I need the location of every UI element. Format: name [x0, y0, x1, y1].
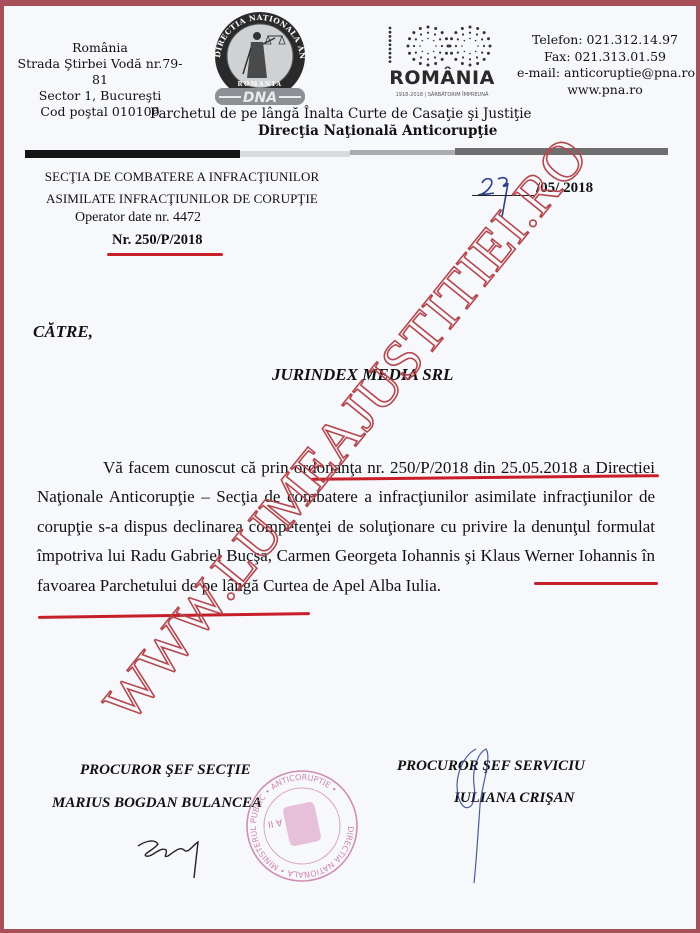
highlighted-order-reference: ordonanţa nr. 250/P/2018 din 25.05.2018	[294, 458, 577, 477]
website-link[interactable]: www.pna.ro	[512, 82, 698, 99]
highlight-underline	[534, 582, 658, 585]
highlight-underline	[107, 253, 223, 256]
section-name: SECŢIA DE COMBATERE A INFRACŢIUNILOR ASI…	[32, 166, 332, 210]
institution-name: Parchetul de pe lângă Înalta Curte de Ca…	[150, 106, 532, 122]
operator-number: Operator date nr. 4472	[75, 210, 201, 226]
svg-text:A II: A II	[267, 816, 283, 828]
body-text: Vă facem cunoscut că prin	[103, 458, 294, 477]
svg-text:DNA: DNA	[243, 90, 277, 106]
section-line: ASIMILATE INFRACŢIUNILOR DE CORUPŢIE	[32, 188, 332, 210]
directorate-name: Direcţia Naţională Anticorupţie	[258, 123, 497, 139]
svg-text:ROMANIA: ROMANIA	[238, 81, 283, 88]
left-signatory-name: MARIUS BOGDAN BULANCEA	[52, 795, 262, 812]
phone-text: Telefon: 021.312.14.97	[512, 32, 698, 49]
header-rule	[25, 150, 240, 158]
salutation: CĂTRE,	[33, 322, 93, 342]
address-line: România	[10, 40, 190, 56]
svg-text:ROMÂNIA: ROMÂNIA	[389, 66, 495, 89]
email-link[interactable]: e-mail: anticoruptie@pna.ro	[506, 65, 700, 82]
official-stamp-icon: DIRECTIA NATIONALA • MINISTERUL PUBLIC •…	[244, 768, 360, 884]
handwritten-day-icon	[472, 173, 532, 221]
address-line: Strada Ştirbei Vodă nr.79-81	[10, 56, 190, 88]
fax-text: Fax: 021.313.01.59	[512, 49, 698, 66]
date-underline	[472, 195, 534, 196]
document-date: /05/ 2018	[536, 180, 593, 197]
address-line: Sector 1, Bucureşti	[10, 88, 190, 104]
registration-number: Nr. 250/P/2018	[112, 232, 203, 249]
header-rule	[240, 151, 350, 157]
highlight-underline	[38, 612, 310, 619]
romania-centenary-logo-icon: ROMÂNIA 1918-2018 | SĂRBĂTORIM ÎMPREUNĂ	[378, 22, 510, 102]
recipient-name: JURINDEX MEDIA SRL	[272, 365, 453, 385]
highlighted-names: Carmen Georgeta Iohannis şi Klaus Werner…	[277, 546, 638, 565]
dna-logo-icon: DIRECTIA NATIONALA ANTICORUPTIE ROMANIA …	[205, 8, 315, 108]
header-rule	[350, 150, 455, 155]
left-signature-icon	[132, 832, 212, 882]
right-signature-icon	[440, 745, 520, 885]
svg-text:1918-2018 | SĂRBĂTORIM ÎMPREUN: 1918-2018 | SĂRBĂTORIM ÎMPREUNĂ	[396, 91, 489, 98]
left-signatory-title: PROCUROR ŞEF SECŢIE	[80, 762, 251, 779]
section-line: SECŢIA DE COMBATERE A INFRACŢIUNILOR	[32, 166, 332, 188]
header-rule	[455, 148, 668, 155]
contact-block: Telefon: 021.312.14.97 Fax: 021.313.01.5…	[512, 32, 698, 98]
